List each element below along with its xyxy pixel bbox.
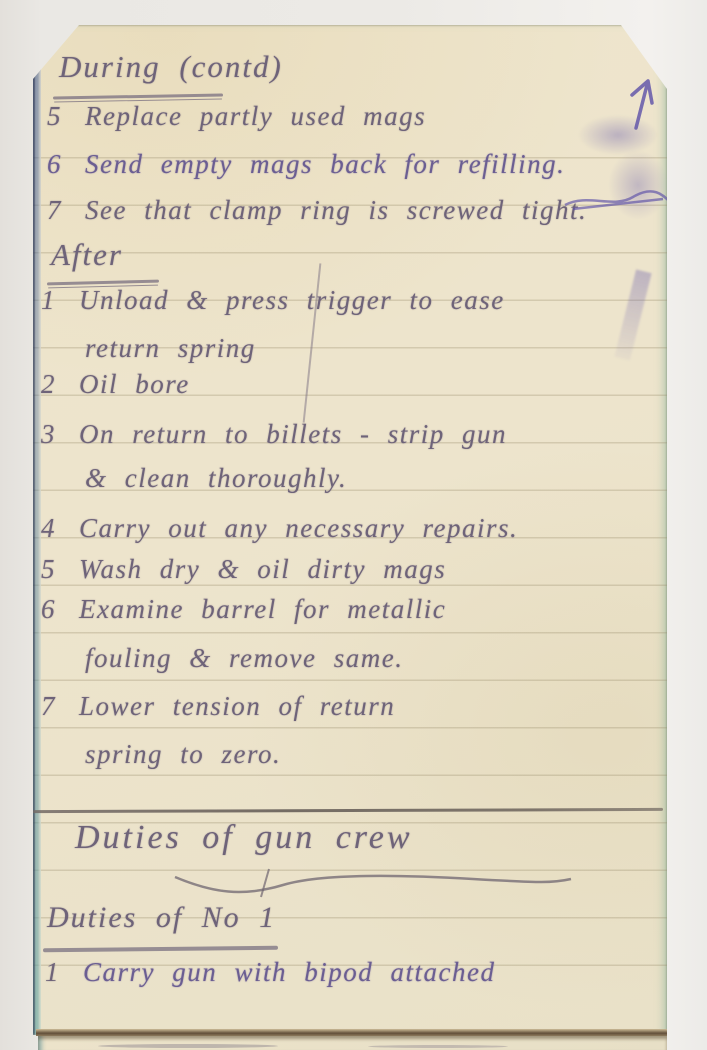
next-page-writing-hint — [368, 1045, 508, 1048]
list-item-continuation: & clean thoroughly. — [85, 463, 347, 494]
list-item: 7 See that clamp ring is screwed tight. — [47, 195, 587, 226]
item-text: Carry out any necessary repairs. — [79, 513, 518, 544]
ink-arrow-mark — [618, 73, 668, 153]
scan-background: { "document": { "kind": "handwritten-not… — [0, 0, 707, 1050]
heading-underline — [53, 94, 223, 100]
list-item: 7 Lower tension of return — [41, 691, 395, 722]
page-bottom-fold-edge — [36, 1029, 667, 1036]
swoosh-underline — [173, 867, 573, 901]
item-text: On return to billets - strip gun — [79, 419, 507, 450]
item-text: Replace partly used mags — [85, 101, 426, 132]
pencil-divider-line — [33, 808, 663, 813]
section-heading-no1: Duties of No 1 — [47, 901, 276, 935]
item-number: 2 — [41, 369, 79, 400]
item-text: Carry gun with bipod attached — [83, 957, 496, 988]
item-text: fouling & remove same. — [85, 643, 403, 674]
list-item: 6 Examine barrel for metallic — [41, 594, 446, 625]
next-page-writing-hint — [98, 1044, 278, 1048]
list-item-continuation: fouling & remove same. — [85, 643, 403, 674]
item-number: 5 — [47, 101, 85, 132]
item-text: Lower tension of return — [79, 691, 395, 722]
ink-streak — [614, 269, 651, 360]
item-text: Send empty mags back for refilling. — [85, 149, 565, 180]
item-text: See that clamp ring is screwed tight. — [85, 195, 587, 226]
item-number: 6 — [41, 594, 79, 625]
list-item: 5 Replace partly used mags — [47, 101, 426, 132]
list-item: 5 Wash dry & oil dirty mags — [41, 554, 446, 585]
item-text: return spring — [85, 333, 256, 364]
page-left-blue-edge — [33, 25, 41, 1035]
item-number: 4 — [41, 513, 79, 544]
item-number: 1 — [41, 285, 79, 316]
list-item: 3 On return to billets - strip gun — [41, 419, 507, 450]
section-heading-during: During (contd) — [59, 49, 283, 85]
list-item: 6 Send empty mags back for refilling. — [47, 149, 565, 180]
item-number: 3 — [41, 419, 79, 450]
item-text: Wash dry & oil dirty mags — [79, 554, 446, 585]
list-item: 4 Carry out any necessary repairs. — [41, 513, 518, 544]
list-item: 1 Unload & press trigger to ease — [41, 285, 505, 316]
ink-scribble — [563, 185, 673, 215]
item-text: spring to zero. — [85, 739, 281, 770]
item-text: Examine barrel for metallic — [79, 594, 446, 625]
item-number: 6 — [47, 149, 85, 180]
list-item: 2 Oil bore — [41, 369, 190, 400]
section-heading-after: After — [51, 237, 123, 273]
list-item-continuation: return spring — [85, 333, 256, 364]
next-page-sliver — [38, 1036, 667, 1050]
item-text: & clean thoroughly. — [85, 463, 347, 494]
item-text: Unload & press trigger to ease — [79, 285, 505, 316]
list-item-continuation: spring to zero. — [85, 739, 281, 770]
heading-underline — [43, 946, 278, 952]
section-heading-gun-crew: Duties of gun crew — [75, 819, 413, 857]
item-number: 7 — [47, 195, 85, 226]
notebook-page: During (contd) 5 Replace partly used mag… — [33, 25, 667, 1035]
item-number: 1 — [45, 957, 83, 988]
item-text: Oil bore — [79, 369, 190, 400]
item-number: 5 — [41, 554, 79, 585]
item-number: 7 — [41, 691, 79, 722]
list-item: 1 Carry gun with bipod attached — [45, 957, 496, 988]
